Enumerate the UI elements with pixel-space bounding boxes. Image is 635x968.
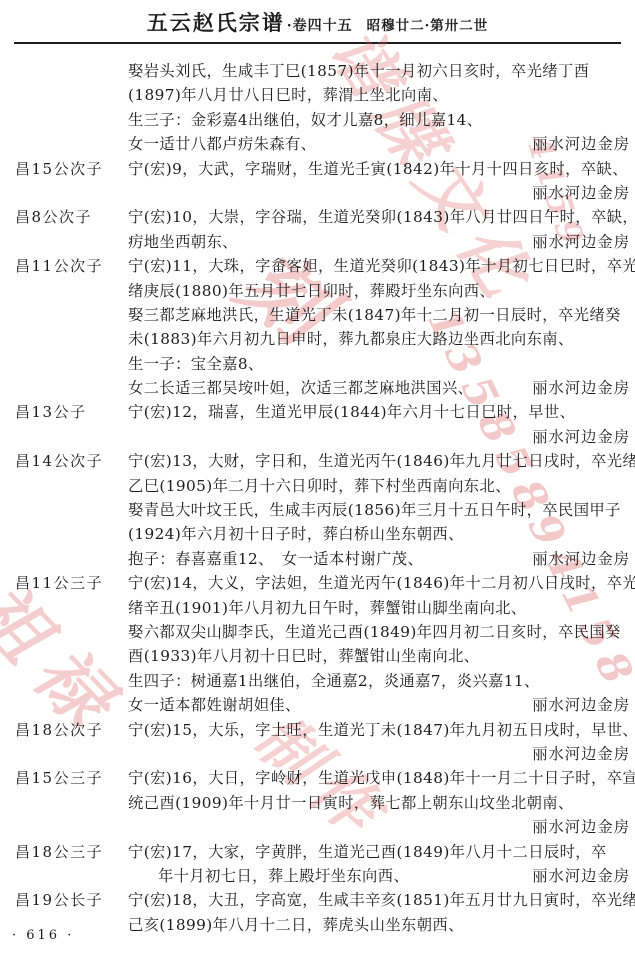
branch-label: 丽水河边金房 [532, 547, 630, 571]
text-line: 女一适廿八都卢疠朱森有、丽水河边金房 [128, 132, 630, 156]
line-text: 宁(宏)16，大日，字岭财，生道光戊申(1848)年十一月二十日子时，卒宣 [128, 766, 635, 790]
line-text: 女一适廿八都卢疠朱森有、 [128, 132, 316, 156]
line-text: 生四子：树通嘉1出继伯，全通嘉2，炎通嘉7，炎兴嘉11、 [128, 669, 540, 693]
genealogy-entry: 昌18公次子 宁(宏)15，大乐，字土旺，生道光丁未(1847)年九月初五日戌时… [15, 718, 630, 767]
entry-content: 宁(宏)10，大崇，字谷瑞，生道光癸卯(1843)年八月廿四日午时，卒缺，葬 疠… [128, 205, 630, 254]
generation-label: 昭穆廿二·第卅二世 [367, 18, 489, 34]
genealogy-entry: 昌13公子 宁(宏)12，瑞喜，生道光甲辰(1844)年六月十七日巳时，早世、 … [15, 400, 630, 449]
branch-label: 丽水河边金房 [532, 864, 630, 888]
genealogy-entry: 娶岩头刘氏，生咸丰丁巳(1857)年十一月初六日亥时，卒光绪丁酉 (1897)年… [15, 59, 630, 157]
entry-label: 昌15公次子 [15, 157, 128, 206]
text-line: 绪庚辰(1880)年五月廿七日卯时，葬殿圩坐东向西、 [128, 279, 630, 303]
entry-label: 昌18公三子 [15, 840, 128, 889]
entry-content: 宁(宏)17，大家，字黄胖，生道光己酉(1849)年八月十二日辰时，卒 年十月初… [128, 840, 630, 889]
text-line: 绪辛丑(1901)年八月初九日午时，葬蟹钳山脚坐南向北、 [128, 596, 630, 620]
entry-content: 娶岩头刘氏，生咸丰丁巳(1857)年十一月初六日亥时，卒光绪丁酉 (1897)年… [128, 59, 630, 157]
text-line: 宁(宏)12，瑞喜，生道光甲辰(1844)年六月十七日巳时，早世、 [128, 400, 630, 424]
line-text: 己亥(1899)年八月十二日，葬虎头山坐东朝西、 [128, 913, 464, 937]
genealogy-entry: 昌14公次子 宁(宏)13，大财，字日和，生道光丙午(1846)年九月廿七日戌时… [15, 449, 630, 571]
text-line: 宁(宏)13，大财，字日和，生道光丙午(1846)年九月廿七日戌时，卒光绪 [128, 449, 630, 473]
text-line: 女二长适三都吴垵叶妲，次适三都芝麻地洪国兴、丽水河边金房 [128, 376, 630, 400]
branch-label: 丽水河边金房 [532, 742, 630, 766]
line-text: 宁(宏)12，瑞喜，生道光甲辰(1844)年六月十七日巳时，早世、 [128, 400, 575, 424]
line-text: (1924)年六月初十日子时，葬白桥山坐东朝西、 [128, 522, 464, 546]
entry-content: 宁(宏)18，大丑，字高宽，生咸丰辛亥(1851)年五月廿九日寅时，卒光绪 己亥… [128, 888, 630, 937]
text-line: 丽水河边金房 [128, 815, 630, 839]
entry-content: 宁(宏)12，瑞喜，生道光甲辰(1844)年六月十七日巳时，早世、 丽水河边金房 [128, 400, 630, 449]
genealogy-entry: 昌11公三子 宁(宏)14，大义，字法妲，生道光丙午(1846)年十二月初八日戌… [15, 571, 630, 717]
genealogy-entry: 昌15公次子 宁(宏)9，大武，字瑞财，生道光壬寅(1842)年十月十四日亥时，… [15, 157, 630, 206]
line-text: 宁(宏)15，大乐，字土旺，生道光丁未(1847)年九月初五日戌时，早世、 [128, 718, 635, 742]
text-line: 年十月初七日，葬上殿圩坐东向西、丽水河边金房 [128, 864, 630, 888]
text-line: 疠地坐西朝东、丽水河边金房 [128, 230, 630, 254]
text-line: 宁(宏)17，大家，字黄胖，生道光己酉(1849)年八月十二日辰时，卒 [128, 840, 630, 864]
page-header: 五云赵氏宗谱·卷四十五昭穆廿二·第卅二世 [0, 0, 635, 37]
text-line: 抱子：春喜嘉重12、 女一适本村谢广茂、丽水河边金房 [128, 547, 630, 571]
text-line: 宁(宏)10，大崇，字谷瑞，生道光癸卯(1843)年八月廿四日午时，卒缺，葬 [128, 205, 630, 229]
genealogy-entry: 昌11公次子 宁(宏)11，大珠，字畲客妲，生道光癸卯(1843)年十月初七日巳… [15, 254, 630, 400]
text-line: 娶岩头刘氏，生咸丰丁巳(1857)年十一月初六日亥时，卒光绪丁酉 [128, 59, 630, 83]
text-line: 丽水河边金房 [128, 181, 630, 205]
line-text: 生一子：宝全嘉8、 [128, 352, 264, 376]
genealogy-entry: 昌15公三子 宁(宏)16，大日，字岭财，生道光戊申(1848)年十一月二十日子… [15, 766, 630, 839]
branch-label: 丽水河边金房 [532, 181, 630, 205]
volume-label: ·卷四十五 [287, 18, 353, 34]
text-line: 宁(宏)15，大乐，字土旺，生道光丁未(1847)年九月初五日戌时，早世、 [128, 718, 630, 742]
entry-label: 昌13公子 [15, 400, 128, 449]
page-title: 五云赵氏宗谱 [147, 10, 285, 35]
line-text: 宁(宏)10，大崇，字谷瑞，生道光癸卯(1843)年八月廿四日午时，卒缺，葬 [128, 205, 635, 229]
text-line: 宁(宏)9，大武，字瑞财，生道光壬寅(1842)年十月十四日亥时，卒缺、 [128, 157, 630, 181]
branch-label: 丽水河边金房 [532, 425, 630, 449]
text-line: 生四子：树通嘉1出继伯，全通嘉2，炎通嘉7，炎兴嘉11、 [128, 669, 630, 693]
text-line: 未(1883)年六月初九日申时，葬九都泉庄大路边坐西北向东南、 [128, 327, 630, 351]
line-text: 女一适本都姓谢胡妲佳、 [128, 693, 301, 717]
line-text: 绪辛丑(1901)年八月初九日午时，葬蟹钳山脚坐南向北、 [128, 596, 527, 620]
line-text: 宁(宏)14，大义，字法妲，生道光丙午(1846)年十二月初八日戌时，卒光 [128, 571, 635, 595]
text-line: (1924)年六月初十日子时，葬白桥山坐东朝西、 [128, 522, 630, 546]
text-line: 乙巳(1905)年二月十六日卯时，葬下村坐西南向东北、 [128, 474, 630, 498]
branch-label: 丽水河边金房 [532, 815, 630, 839]
line-text: 年十月初七日，葬上殿圩坐东向西、 [128, 864, 409, 888]
entry-content: 宁(宏)11，大珠，字畲客妲，生道光癸卯(1843)年十月初七日巳时，卒光 绪庚… [128, 254, 630, 400]
genealogy-entry: 昌18公三子 宁(宏)17，大家，字黄胖，生道光己酉(1849)年八月十二日辰时… [15, 840, 630, 889]
entry-content: 宁(宏)9，大武，字瑞财，生道光壬寅(1842)年十月十四日亥时，卒缺、 丽水河… [128, 157, 630, 206]
entry-label: 昌18公次子 [15, 718, 128, 767]
text-line: 己亥(1899)年八月十二日，葬虎头山坐东朝西、 [128, 913, 630, 937]
text-line: 丽水河边金房 [128, 425, 630, 449]
entry-content: 宁(宏)14，大义，字法妲，生道光丙午(1846)年十二月初八日戌时，卒光 绪辛… [128, 571, 630, 717]
line-text: 乙巳(1905)年二月十六日卯时，葬下村坐西南向东北、 [128, 474, 511, 498]
line-text: (1897)年八月廿八日巳时，葬渭上坐北向南、 [128, 83, 448, 107]
line-text: 宁(宏)18，大丑，字高宽，生咸丰辛亥(1851)年五月廿九日寅时，卒光绪 [128, 888, 635, 912]
entry-label: 昌11公次子 [15, 254, 128, 400]
line-text: 娶青邑大叶坟王氏，生咸丰丙辰(1856)年三月十五日午时，卒民国甲子 [128, 498, 621, 522]
text-line: 宁(宏)11，大珠，字畲客妲，生道光癸卯(1843)年十月初七日巳时，卒光 [128, 254, 630, 278]
text-line: 丽水河边金房 [128, 742, 630, 766]
text-line: (1897)年八月廿八日巳时，葬渭上坐北向南、 [128, 83, 630, 107]
branch-label: 丽水河边金房 [532, 132, 630, 156]
text-line: 娶三都芝麻地洪氏，生道光丁未(1847)年十二月初一日辰时，卒光绪癸 [128, 303, 630, 327]
genealogy-entry: 昌19公长子 宁(宏)18，大丑，字高宽，生咸丰辛亥(1851)年五月廿九日寅时… [15, 888, 630, 937]
entry-label: 昌15公三子 [15, 766, 128, 839]
line-text: 抱子：春喜嘉重12、 女一适本村谢广茂、 [128, 547, 423, 571]
line-text: 宁(宏)13，大财，字日和，生道光丙午(1846)年九月廿七日戌时，卒光绪 [128, 449, 635, 473]
entry-content: 宁(宏)16，大日，字岭财，生道光戊申(1848)年十一月二十日子时，卒宣 统己… [128, 766, 630, 839]
entry-label: 昌8公次子 [15, 205, 128, 254]
line-text: 生三子：金彩嘉4出继伯，奴才儿嘉8，细儿嘉14、 [128, 108, 482, 132]
line-text: 娶六都双尖山脚李氏，生道光己酉(1849)年四月初二日亥时，卒民国癸 [128, 620, 621, 644]
line-text: 未(1883)年六月初九日申时，葬九都泉庄大路边坐西北向东南、 [128, 327, 574, 351]
text-line: 娶六都双尖山脚李氏，生道光己酉(1849)年四月初二日亥时，卒民国癸 [128, 620, 630, 644]
entry-label: 昌14公次子 [15, 449, 128, 571]
line-text: 统己酉(1909)年十月廿一日寅时，葬七都上朝东山坟坐北朝南、 [128, 791, 574, 815]
line-text: 娶岩头刘氏，生咸丰丁巳(1857)年十一月初六日亥时，卒光绪丁酉 [128, 59, 589, 83]
line-text: 宁(宏)11，大珠，字畲客妲，生道光癸卯(1843)年十月初七日巳时，卒光 [128, 254, 635, 278]
entry-content: 宁(宏)13，大财，字日和，生道光丙午(1846)年九月廿七日戌时，卒光绪 乙巳… [128, 449, 630, 571]
text-line: 娶青邑大叶坟王氏，生咸丰丙辰(1856)年三月十五日午时，卒民国甲子 [128, 498, 630, 522]
entry-content: 宁(宏)15，大乐，字土旺，生道光丁未(1847)年九月初五日戌时，早世、 丽水… [128, 718, 630, 767]
line-text: 疠地坐西朝东、 [128, 230, 238, 254]
genealogy-entry: 昌8公次子 宁(宏)10，大崇，字谷瑞，生道光癸卯(1843)年八月廿四日午时，… [15, 205, 630, 254]
line-text: 绪庚辰(1880)年五月廿七日卯时，葬殿圩坐东向西、 [128, 279, 495, 303]
document-body: 娶岩头刘氏，生咸丰丁巳(1857)年十一月初六日亥时，卒光绪丁酉 (1897)年… [0, 44, 635, 937]
text-line: 生三子：金彩嘉4出继伯，奴才儿嘉8，细儿嘉14、 [128, 108, 630, 132]
branch-label: 丽水河边金房 [532, 693, 630, 717]
text-line: 酉(1933)年八月初十日巳时，葬蟹钳山坐南向北、 [128, 644, 630, 668]
line-text: 娶三都芝麻地洪氏，生道光丁未(1847)年十二月初一日辰时，卒光绪癸 [128, 303, 621, 327]
branch-label: 丽水河边金房 [532, 376, 630, 400]
page-number: · 616 · [12, 928, 74, 943]
text-line: 统己酉(1909)年十月廿一日寅时，葬七都上朝东山坟坐北朝南、 [128, 791, 630, 815]
text-line: 女一适本都姓谢胡妲佳、丽水河边金房 [128, 693, 630, 717]
line-text: 女二长适三都吴垵叶妲，次适三都芝麻地洪国兴、 [128, 376, 473, 400]
genealogy-page: 谱牒文化 4159 刻 13585894158 祖禄 制作 五云赵氏宗谱·卷四十… [0, 0, 635, 968]
text-line: 宁(宏)18，大丑，字高宽，生咸丰辛亥(1851)年五月廿九日寅时，卒光绪 [128, 888, 630, 912]
branch-label: 丽水河边金房 [532, 230, 630, 254]
text-line: 生一子：宝全嘉8、 [128, 352, 630, 376]
line-text: 酉(1933)年八月初十日巳时，葬蟹钳山坐南向北、 [128, 644, 480, 668]
entry-label: 昌11公三子 [15, 571, 128, 717]
text-line: 宁(宏)16，大日，字岭财，生道光戊申(1848)年十一月二十日子时，卒宣 [128, 766, 630, 790]
text-line: 宁(宏)14，大义，字法妲，生道光丙午(1846)年十二月初八日戌时，卒光 [128, 571, 630, 595]
entry-label [15, 59, 128, 157]
line-text: 宁(宏)17，大家，字黄胖，生道光己酉(1849)年八月十二日辰时，卒 [128, 840, 607, 864]
line-text: 宁(宏)9，大武，字瑞财，生道光壬寅(1842)年十月十四日亥时，卒缺、 [128, 157, 628, 181]
